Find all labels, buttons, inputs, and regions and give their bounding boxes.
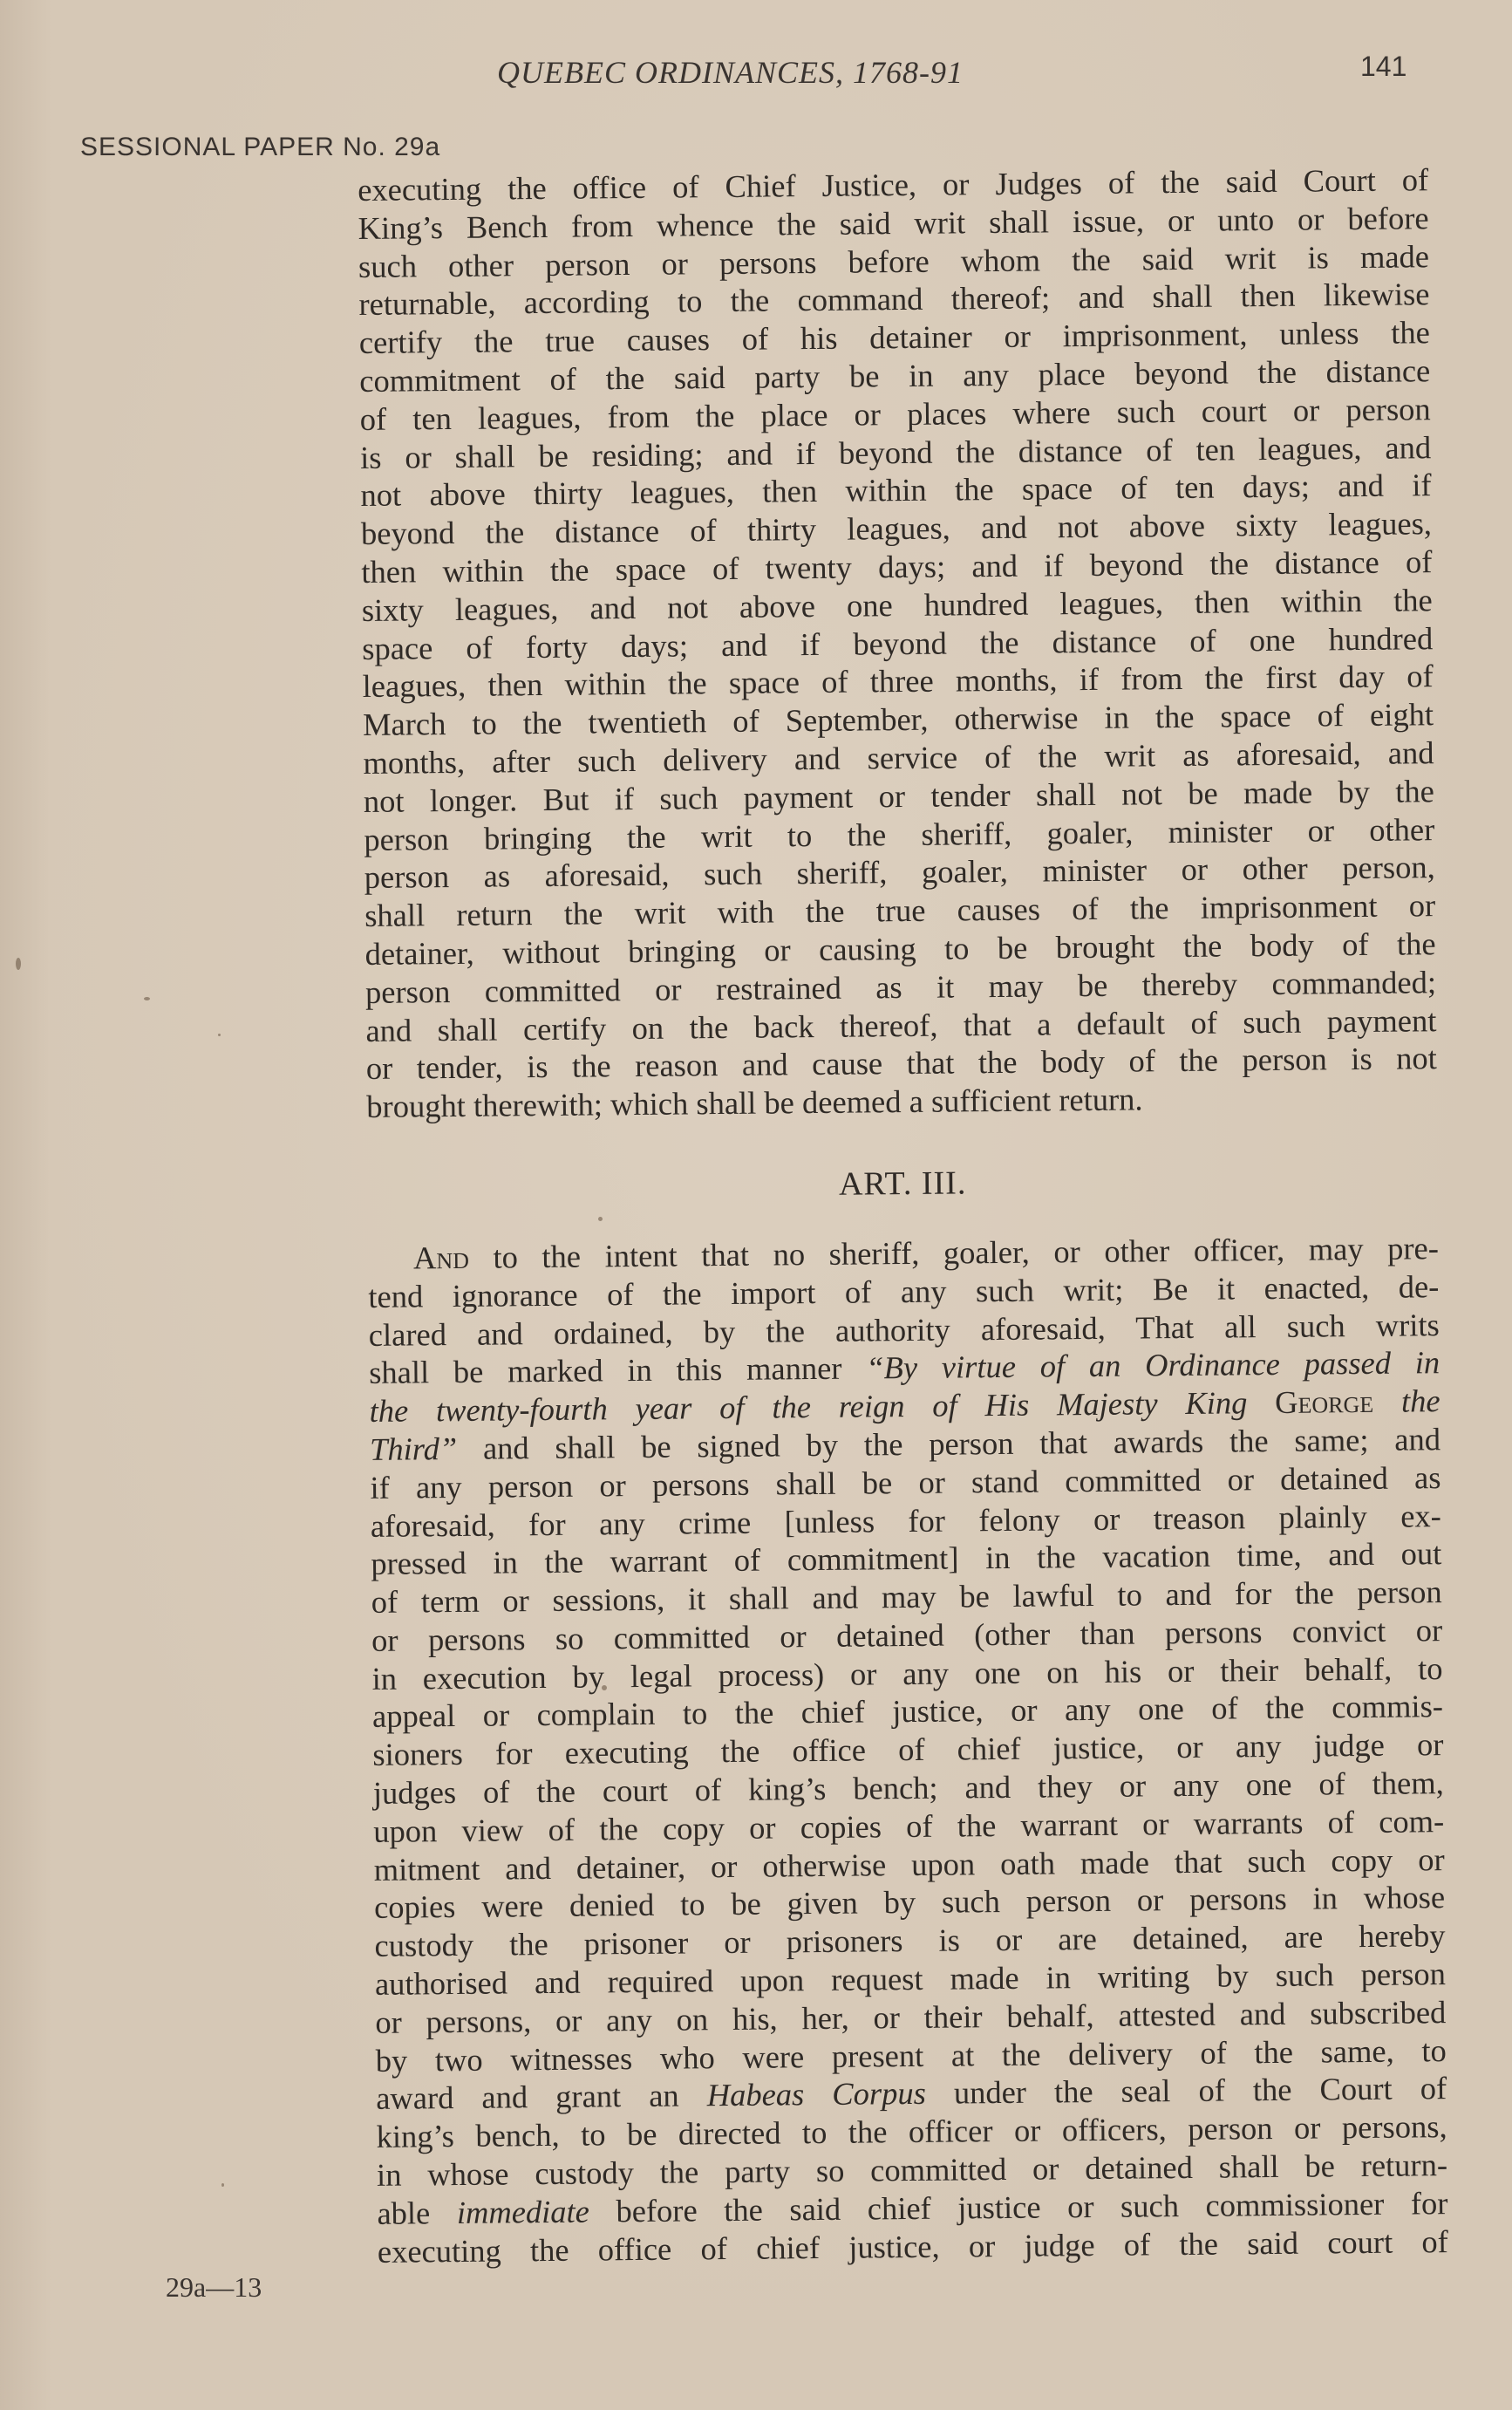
italic-term: Habeas Corpus: [707, 2075, 926, 2113]
continued-paragraph: executing the office of Chief Justice, o…: [358, 160, 1437, 1126]
page-number: 141: [1360, 51, 1406, 83]
running-head: QUEBEC ORDINANCES, 1768-91 141: [0, 51, 1512, 94]
text-run: shall be marked in this manner: [369, 1350, 866, 1390]
paper-speck: [598, 1217, 603, 1221]
paper-speck: [144, 997, 150, 1000]
article-paragraph: And to the intent that no sheriff, goale…: [368, 1229, 1448, 2270]
text-run: under the seal of the Court of: [926, 2071, 1447, 2112]
italic-quote: the: [1373, 1383, 1440, 1419]
text-run: award and grant an: [376, 2078, 707, 2117]
signature-mark: 29a—13: [166, 2271, 262, 2304]
document-page: QUEBEC ORDINANCES, 1768-91 141 SESSIONAL…: [0, 0, 1512, 2410]
italic-quote: Third”: [370, 1430, 457, 1467]
article-heading: ART. III.: [367, 1159, 1438, 1208]
italic-quote: “By virtue of an Ordinance passed in: [866, 1344, 1440, 1385]
running-title: QUEBEC ORDINANCES, 1768-91: [497, 54, 964, 91]
text-run: able: [377, 2195, 457, 2231]
body-text-column: executing the office of Chief Justice, o…: [358, 160, 1448, 2270]
text-run: before the said chief justice or such co…: [589, 2185, 1448, 2229]
italic-quote: the twenty-fourth year of the reign of H…: [369, 1384, 1275, 1429]
paper-speck: [602, 1685, 607, 1690]
smallcaps-name: George: [1275, 1383, 1373, 1420]
paper-speck: [221, 2183, 224, 2187]
paper-speck: [16, 958, 21, 970]
paper-speck: [218, 1034, 221, 1036]
opening-word: And: [413, 1239, 469, 1276]
italic-term: immediate: [457, 2193, 589, 2229]
sessional-paper-label: SESSIONAL PAPER No. 29a: [80, 133, 440, 162]
